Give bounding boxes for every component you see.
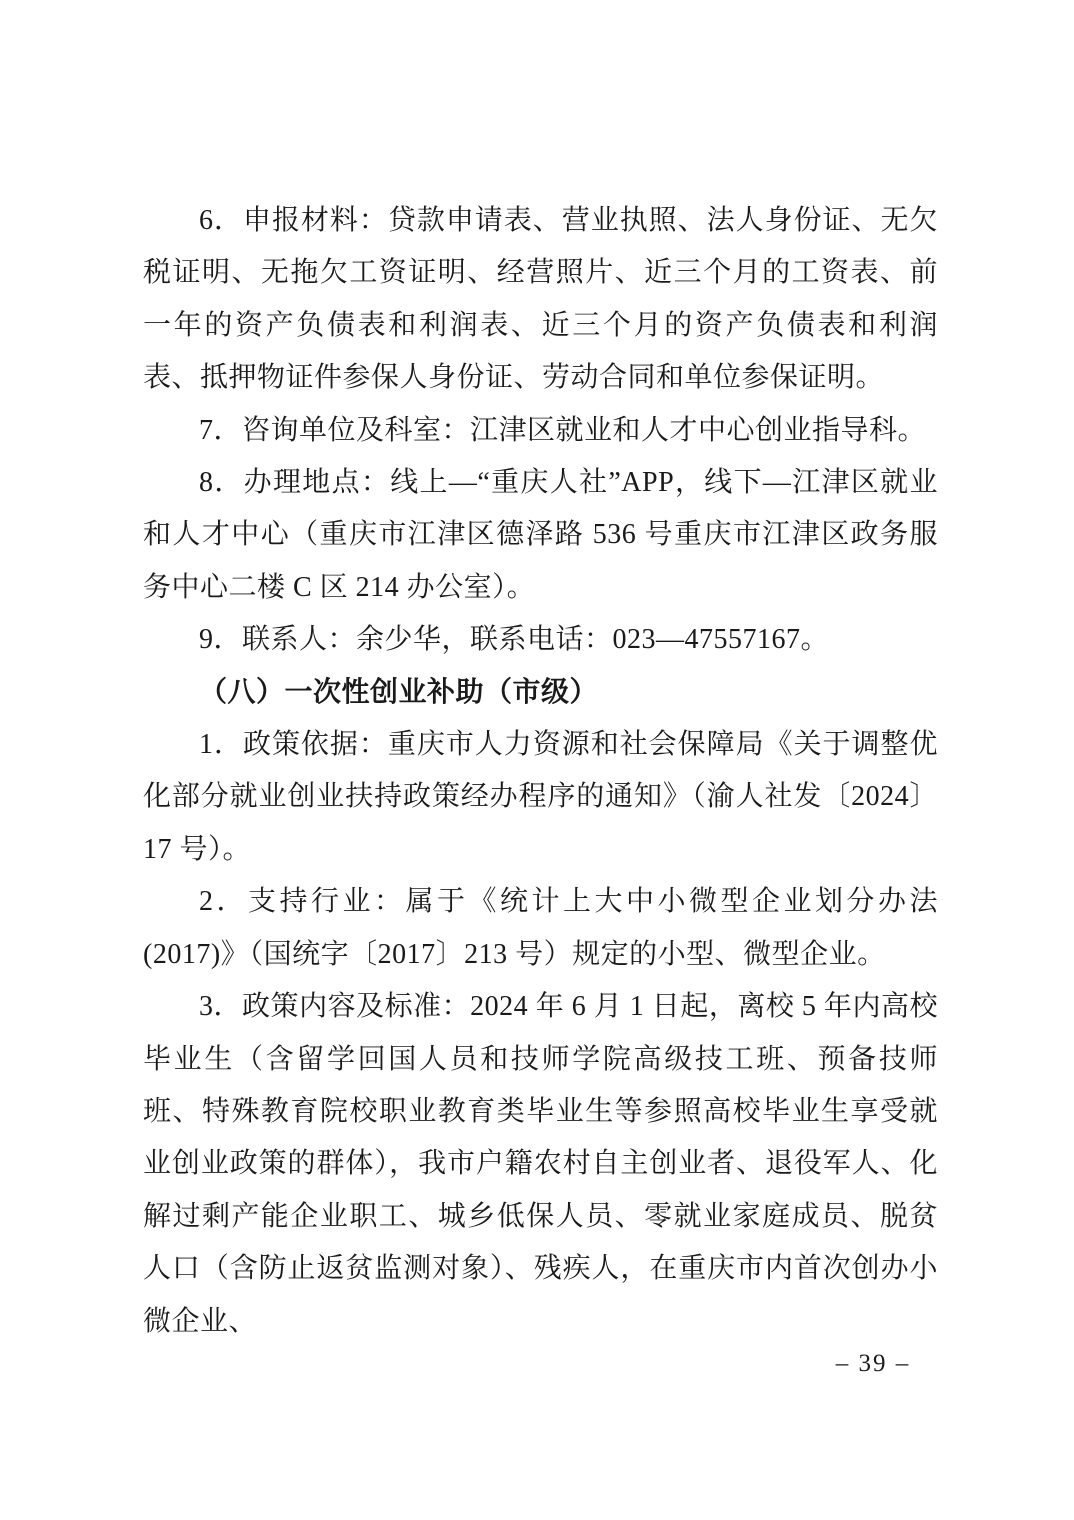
- paragraph-application-materials: 6．申报材料：贷款申请表、营业执照、法人身份证、无欠税证明、无拖欠工资证明、经营…: [143, 195, 938, 405]
- page-number: – 39 –: [823, 1349, 923, 1379]
- paragraph-policy-content-standard: 3．政策内容及标准：2024 年 6 月 1 日起，离校 5 年内高校毕业生（含…: [143, 981, 938, 1348]
- document-body: 6．申报材料：贷款申请表、营业执照、法人身份证、无欠税证明、无拖欠工资证明、经营…: [143, 195, 938, 1348]
- section-heading-one-time-startup-subsidy: （八）一次性创业补助（市级）: [143, 667, 938, 719]
- paragraph-handling-location: 8．办理地点：线上—“重庆人社”APP，线下—江津区就业和人才中心（重庆市江津区…: [143, 457, 938, 614]
- paragraph-supported-industries: 2．支持行业：属于《统计上大中小微型企业划分办法(2017)》（国统字〔2017…: [143, 876, 938, 981]
- document-page: 6．申报材料：贷款申请表、营业执照、法人身份证、无欠税证明、无拖欠工资证明、经营…: [0, 0, 1074, 1520]
- paragraph-contact-person: 9．联系人：余少华，联系电话：023—47557167。: [143, 614, 938, 666]
- paragraph-consulting-unit: 7．咨询单位及科室：江津区就业和人才中心创业指导科。: [143, 405, 938, 457]
- paragraph-policy-basis: 1．政策依据：重庆市人力资源和社会保障局《关于调整优化部分就业创业扶持政策经办程…: [143, 719, 938, 876]
